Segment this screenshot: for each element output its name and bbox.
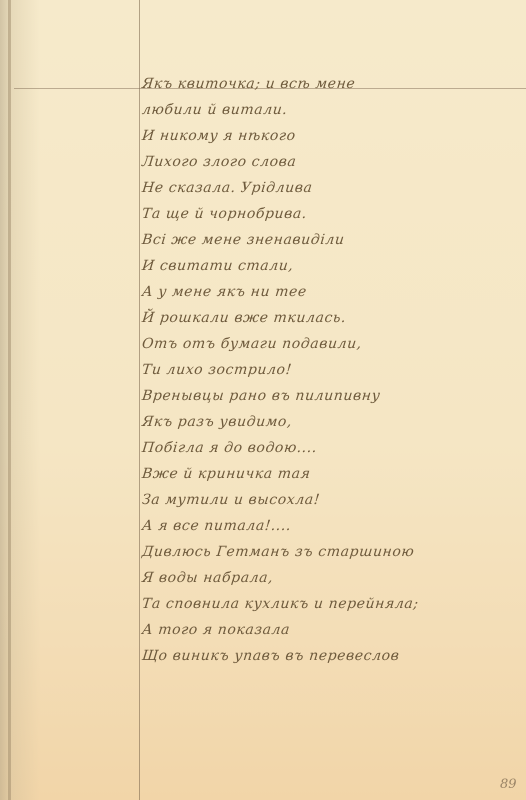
text-line: Лихого злого слова [141, 154, 297, 170]
text-line: Та сповнила кухликъ и перейняла; [141, 596, 419, 612]
text-line: И свитати стали, [141, 258, 294, 274]
text-line: А у мене якъ ни тее [141, 284, 308, 300]
text-line: И никому я нѣкого [141, 128, 296, 144]
margin-line [139, 0, 140, 800]
text-line: Якъ разъ увидимо, [141, 414, 293, 430]
text-line: Побігла я до водою.... [141, 440, 318, 456]
text-line: Не сказала. Урідлива [141, 180, 313, 196]
text-line: Дивлюсь Гетманъ зъ старшиною [141, 544, 415, 560]
text-line: Я воды набрала, [141, 570, 274, 586]
text-line: А того я показала [141, 622, 291, 638]
text-line: Вже й криничка тая [141, 466, 311, 482]
text-line: За мутили и высохла! [141, 492, 321, 508]
manuscript-page: Якъ квиточка; и всѣ мене любили й витали… [0, 0, 526, 800]
page-number: 89 [500, 777, 517, 792]
text-line: Вренывцы рано въ пилипивну [141, 388, 381, 404]
text-line: любили й витали. [141, 102, 288, 118]
text-line: Що виникъ упавъ въ перевеслов [141, 648, 400, 664]
text-line: Всі же мене зненавиділи [141, 232, 345, 248]
text-line: Отъ отъ бумаги подавили, [141, 336, 362, 352]
text-line: Й рошкали вже ткилась. [141, 310, 347, 326]
text-line: Якъ квиточка; и всѣ мене [141, 76, 356, 92]
text-line: А я все питала!.... [141, 518, 292, 534]
text-line: Та ще й чорнобрива. [141, 206, 308, 222]
text-line: Ти лихо зострило! [141, 362, 293, 378]
binding-edge [8, 0, 11, 800]
